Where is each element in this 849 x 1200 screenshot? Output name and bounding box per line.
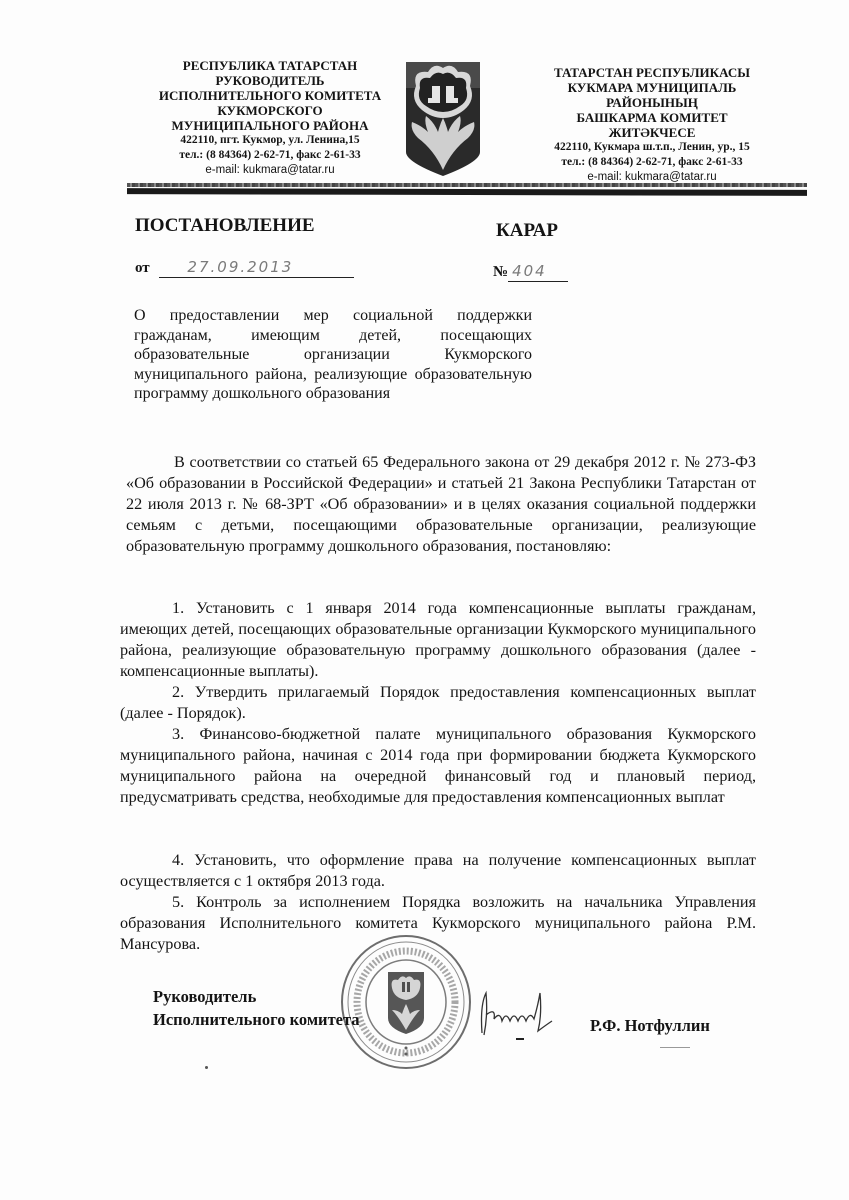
header-right-block: ТАТАРСТАН РЕСПУБЛИКАСЫ КУКМАРА МУНИЦИПАЛ… bbox=[522, 65, 782, 185]
signatory-name: Р.Ф. Нотфуллин bbox=[590, 1016, 710, 1036]
header-right-line: КУКМАРА МУНИЦИПАЛЬ bbox=[522, 80, 782, 95]
header-left-phone: тел.: (8 84364) 2-62-71, факс 2-61-33 bbox=[130, 148, 410, 163]
signatory-title-line2: Исполнительного комитета bbox=[153, 1008, 360, 1031]
header-right-line: ЖИТӘКЧЕСЕ bbox=[522, 125, 782, 140]
signatory-title: Руководитель Исполнительного комитета bbox=[153, 985, 360, 1031]
header-left-block: РЕСПУБЛИКА ТАТАРСТАН РУКОВОДИТЕЛЬ ИСПОЛН… bbox=[130, 58, 410, 178]
scan-speck bbox=[660, 1047, 690, 1048]
header-right-address: 422110, Кукмара ш.т.п., Ленин, ур., 15 bbox=[522, 140, 782, 155]
document-number-row: №404 bbox=[493, 262, 568, 282]
header-left-line: МУНИЦИПАЛЬНОГО РАЙОНА bbox=[130, 118, 410, 133]
header-left-email: e-mail: kukmara@tatar.ru bbox=[130, 163, 410, 178]
resolution-item-1: 1. Установить с 1 января 2014 года компе… bbox=[120, 598, 756, 682]
scan-speck bbox=[205, 1066, 208, 1069]
header-left-address: 422110, пгт. Кукмор, ул. Ленина,15 bbox=[130, 133, 410, 148]
document-type-tt: КАРАР bbox=[496, 220, 558, 242]
header-left-line: КУКМОРСКОГО bbox=[130, 103, 410, 118]
header-right-line: РАЙОНЫНЫҢ bbox=[522, 95, 782, 110]
header-divider-thin bbox=[127, 183, 807, 187]
resolution-item-4: 4. Установить, что оформление права на п… bbox=[120, 850, 756, 892]
header-right-phone: тел.: (8 84364) 2-62-71, факс 2-61-33 bbox=[522, 155, 782, 170]
header-divider-thick bbox=[127, 188, 807, 196]
document-type-ru: ПОСТАНОВЛЕНИЕ bbox=[135, 215, 315, 237]
header-left-line: ИСПОЛНИТЕЛЬНОГО КОМИТЕТА bbox=[130, 88, 410, 103]
number-value: 404 bbox=[512, 262, 547, 280]
handwritten-signature-icon bbox=[476, 985, 556, 1045]
signatory-title-line1: Руководитель bbox=[153, 985, 360, 1008]
header-left-line: РЕСПУБЛИКА ТАТАРСТАН bbox=[130, 58, 410, 73]
kukmor-coat-of-arms-icon bbox=[404, 60, 482, 178]
date-value: 27.09.2013 bbox=[187, 258, 293, 276]
resolution-item-3: 3. Финансово-бюджетной палате муниципаль… bbox=[120, 724, 756, 808]
document-subject: О предоставлении мер социальной поддержк… bbox=[134, 306, 532, 404]
number-label: № bbox=[493, 264, 508, 280]
resolution-item-2: 2. Утвердить прилагаемый Порядок предост… bbox=[120, 682, 756, 724]
header-right-line: ТАТАРСТАН РЕСПУБЛИКАСЫ bbox=[522, 65, 782, 80]
header-right-line: БАШКАРМА КОМИТЕТ bbox=[522, 110, 782, 125]
document-date-row: от 27.09.2013 bbox=[135, 258, 354, 278]
document-preamble: В соответствии со статьей 65 Федеральног… bbox=[126, 452, 756, 557]
header-left-line: РУКОВОДИТЕЛЬ bbox=[130, 73, 410, 88]
date-label: от bbox=[135, 260, 150, 276]
